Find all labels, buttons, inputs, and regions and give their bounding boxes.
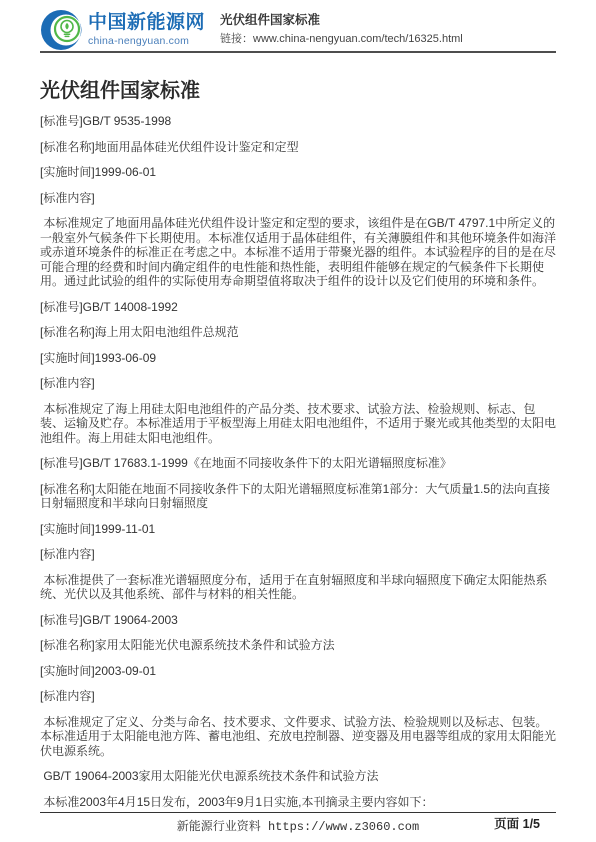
logo-text: 中国新能源网 china-nengyuan.com	[88, 13, 205, 47]
paragraph-standard-ref: GB/T 19064-2003家用太阳能光伏电源系统技术条件和试验方法	[40, 769, 556, 784]
header-meta: 光伏组件国家标准 链接：www.china-nengyuan.com/tech/…	[220, 7, 463, 45]
paragraph-effective-date: [实施时间]1999-06-01	[40, 165, 556, 180]
paragraph-content-label: [标准内容]	[40, 547, 556, 562]
paragraph-content-label: [标准内容]	[40, 689, 556, 704]
paragraph-effective-date: [实施时间]1993-06-09	[40, 351, 556, 366]
header-divider	[40, 51, 556, 53]
paragraph-standard-name: [标准名称]海上用太阳电池组件总规范	[40, 325, 556, 340]
page-title: 光伏组件国家标准	[40, 80, 556, 103]
logo-site-name: 中国新能源网	[88, 13, 205, 32]
paragraph-effective-date: [实施时间]2003-09-01	[40, 664, 556, 679]
paragraph-content-body: 本标准规定了定义、分类与命名、技术要求、文件要求、试验方法、检验规则以及标志、包…	[40, 715, 556, 759]
header-doc-title: 光伏组件国家标准	[220, 14, 463, 28]
paragraph-standard-no: [标准号]GB/T 17683.1-1999《在地面不同接收条件下的太阳光谱辐照…	[40, 456, 556, 471]
paragraph-standard-name: [标准名称]地面用晶体硅光伏组件设计鉴定和定型	[40, 140, 556, 155]
paragraph-publish-note: 本标准2003年4月15日发布，2003年9月1日实施,本刊摘录主要内容如下：	[40, 795, 556, 810]
paragraph-content-body: 本标准规定了地面用晶体硅光伏组件设计鉴定和定型的要求，该组件是在GB/T 479…	[40, 216, 556, 289]
paragraph-standard-name: [标准名称]太阳能在地面不同接收条件下的太阳光谱辐照度标准第1部分：大气质量1.…	[40, 482, 556, 511]
paragraph-content-label: [标准内容]	[40, 191, 556, 206]
paragraph-standard-no: [标准号]GB/T 19064-2003	[40, 613, 556, 628]
article-content: 光伏组件国家标准 [标准号]GB/T 9535-1998 [标准名称]地面用晶体…	[40, 80, 556, 820]
header-doc-link: 链接：www.china-nengyuan.com/tech/16325.htm…	[220, 33, 463, 45]
logo-domain: china-nengyuan.com	[88, 35, 205, 47]
footer-divider	[40, 812, 556, 813]
paragraph-content-body: 本标准规定了海上用硅太阳电池组件的产品分类、技术要求、试验方法、检验规则、标志、…	[40, 402, 556, 446]
logo-lightbulb-icon	[40, 8, 84, 52]
page-header: 中国新能源网 china-nengyuan.com 光伏组件国家标准 链接：ww…	[40, 7, 556, 53]
document-page: 中国新能源网 china-nengyuan.com 光伏组件国家标准 链接：ww…	[0, 0, 596, 842]
paragraph-standard-no: [标准号]GB/T 9535-1998	[40, 114, 556, 129]
paragraph-standard-name: [标准名称]家用太阳能光伏电源系统技术条件和试验方法	[40, 638, 556, 653]
paragraph-effective-date: [实施时间]1999-11-01	[40, 522, 556, 537]
paragraph-content-label: [标准内容]	[40, 376, 556, 391]
paragraph-content-body: 本标准提供了一套标准光谱辐照度分布，适用于在直射辐照度和半球向辐照度下确定太阳能…	[40, 573, 556, 602]
page-number: 页面 1/5	[494, 814, 540, 832]
paragraph-standard-no: [标准号]GB/T 14008-1992	[40, 300, 556, 315]
site-logo: 中国新能源网 china-nengyuan.com	[40, 8, 208, 52]
